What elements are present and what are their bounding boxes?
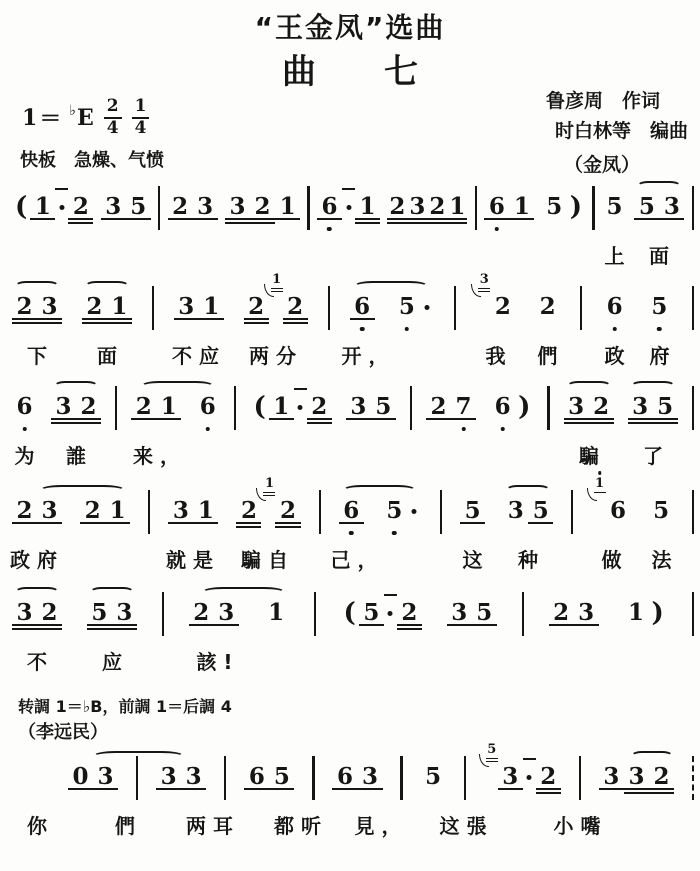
barline xyxy=(692,386,694,430)
note: 3 xyxy=(503,496,528,526)
lyric: 下 xyxy=(27,340,47,369)
lyrics-row: 不应該! xyxy=(12,646,694,674)
close-paren: ) xyxy=(515,392,533,422)
note: 1 xyxy=(275,192,300,222)
score-line-2: 2321312216523265下面不应两分开，我們政府 xyxy=(12,278,694,374)
slur xyxy=(93,751,184,761)
note-group: 21 xyxy=(82,292,132,322)
tempo-marking: 快板 急燥、气愤 xyxy=(20,146,164,172)
note: 2 xyxy=(535,292,560,322)
meter-bottom: 4 xyxy=(132,119,150,138)
note: 2 xyxy=(387,192,407,222)
lyric: 不应 xyxy=(172,340,226,369)
note: 2 xyxy=(397,598,422,628)
note: 2 xyxy=(236,496,261,526)
note: 5 xyxy=(653,392,678,422)
equals-sign: ＝ xyxy=(39,102,61,133)
key-signature: 1 ＝ ♭ E 2 4 1 4 xyxy=(22,98,149,138)
barline xyxy=(580,286,582,330)
slur xyxy=(85,281,129,291)
note: 23 xyxy=(490,292,515,322)
dot-glyph xyxy=(346,205,351,210)
note: 3 xyxy=(12,598,37,628)
note: 5 xyxy=(87,598,112,628)
barline xyxy=(571,490,573,534)
lyrics-row: 为誰来，騙了 xyxy=(12,440,694,468)
octave-dot-low xyxy=(461,427,466,432)
note-group: 221 xyxy=(236,496,300,526)
open-paren: ( xyxy=(12,192,30,222)
note-group: 221 xyxy=(244,292,308,322)
note: 2 xyxy=(244,292,269,322)
grace-slur xyxy=(587,488,597,501)
lyrics-row: 上面 xyxy=(12,240,694,268)
note-group: 5 xyxy=(394,292,434,322)
modulation-note: 转調 1＝♭B，前調 1＝后調 4 xyxy=(18,694,232,717)
lyric: 小嘴 xyxy=(554,810,608,839)
note-group: 6) xyxy=(490,392,533,422)
note: 6 xyxy=(12,392,37,422)
note: 5 xyxy=(359,598,384,628)
note: 1 xyxy=(355,192,380,222)
note: 2 xyxy=(131,392,156,422)
note-group: 1) xyxy=(624,598,667,628)
role-label-liyuanmin: （李远民） xyxy=(18,718,108,744)
note: 2 xyxy=(649,762,674,792)
grace-note: 3 xyxy=(477,273,491,286)
note: 5 xyxy=(647,292,672,322)
lyric: 政府 xyxy=(10,544,64,573)
note-group: 35 xyxy=(503,496,553,526)
octave-dot-low xyxy=(22,427,27,432)
note-group: 23 xyxy=(12,292,62,322)
slur xyxy=(90,587,134,597)
lyric: 我 xyxy=(486,340,506,369)
lyric: 們 xyxy=(115,810,135,839)
notes-row: 2321312216523265 xyxy=(12,292,694,326)
note: 6 xyxy=(350,292,375,322)
note: 1 xyxy=(193,496,218,526)
octave-dot-low xyxy=(327,227,332,232)
octave-dot-low xyxy=(206,427,211,432)
barline xyxy=(692,756,694,800)
note-group: 61 xyxy=(484,192,534,222)
barline xyxy=(152,286,154,330)
note-group: 6 xyxy=(12,392,37,422)
note: 5 xyxy=(634,192,659,222)
note: 3 xyxy=(225,192,250,222)
lyric: 就是 xyxy=(166,544,220,573)
lyric: 騙自 xyxy=(241,544,295,573)
lyric: 做 xyxy=(602,544,622,573)
note-group: 321 xyxy=(225,192,300,222)
note-group: 61 xyxy=(592,496,631,526)
lyric: 面 xyxy=(97,340,117,369)
grace-slur xyxy=(479,754,489,767)
note-group: 61 xyxy=(317,192,380,222)
note: 3 xyxy=(168,496,193,526)
note-group: 31 xyxy=(168,496,218,526)
barline xyxy=(692,186,694,230)
barline xyxy=(314,592,316,636)
note: 5 xyxy=(528,496,553,526)
note: 1 xyxy=(30,192,55,222)
note-group: 5) xyxy=(542,192,585,222)
note: 61 xyxy=(606,496,631,526)
barline xyxy=(400,756,402,800)
lyrics-row: 政府就是騙自己，这种做法 xyxy=(12,544,694,572)
note: 7 xyxy=(451,392,476,422)
grace-note: 1 xyxy=(270,273,284,286)
notes-row: 23213122165535615 xyxy=(12,496,694,530)
note: 3 xyxy=(659,192,684,222)
lyric: 来， xyxy=(133,440,187,469)
note: 6 xyxy=(602,292,627,322)
barline xyxy=(410,386,412,430)
note-group: 6 xyxy=(195,392,220,422)
note: 1 xyxy=(624,598,649,628)
score-page: “王金凤”选曲 曲 七 1 ＝ ♭ E 2 4 1 4 鲁彦周 作词 时白林等 … xyxy=(0,0,700,871)
dot-glyph xyxy=(59,205,64,210)
note: 2 xyxy=(76,392,101,422)
note: 3 xyxy=(357,762,382,792)
note: 3 xyxy=(112,598,137,628)
note-group: 53 xyxy=(87,598,137,628)
note-group: 35 xyxy=(628,392,678,422)
score-line-4: 23213122165535615政府就是騙自己，这种做法 xyxy=(12,482,694,578)
note-group: 1 xyxy=(264,598,289,628)
note: 2 xyxy=(12,496,37,526)
lyric: 誰 xyxy=(66,440,86,469)
note-group: 32 xyxy=(564,392,614,422)
note: 1 xyxy=(105,496,130,526)
note: 2 xyxy=(426,392,451,422)
notes-row: (123523321612321615)553 xyxy=(12,192,694,226)
page-title: “王金凤”选曲 xyxy=(0,6,700,46)
note: 5 xyxy=(126,192,151,222)
lyric: 种 xyxy=(518,544,538,573)
note: 1 xyxy=(264,598,289,628)
lyric: 上 xyxy=(605,240,625,269)
note: 0 xyxy=(68,762,93,792)
note-group: (12 xyxy=(250,392,331,422)
note: 1 xyxy=(199,292,224,322)
note: 21 xyxy=(275,496,300,526)
note: 3 xyxy=(181,762,206,792)
barline xyxy=(464,756,466,800)
note-group: 352 xyxy=(484,762,561,792)
note-group: (12 xyxy=(12,192,93,222)
barline xyxy=(234,386,236,430)
slur xyxy=(15,281,59,291)
note: 35 xyxy=(498,762,523,792)
barline xyxy=(136,756,138,800)
score-line-1: (123523321612321615)553上面 xyxy=(12,178,694,274)
barline xyxy=(692,592,694,636)
barline xyxy=(148,490,150,534)
grace-note: 1 xyxy=(262,477,276,490)
note: 2 xyxy=(37,598,62,628)
note: 2 xyxy=(536,762,561,792)
note-group: 6 xyxy=(602,292,627,322)
note: 6 xyxy=(317,192,342,222)
note-group: 2321 xyxy=(387,192,467,222)
meter-2-4: 2 4 xyxy=(104,98,122,138)
dot-glyph xyxy=(298,405,303,410)
barline xyxy=(162,592,164,636)
note: 2 xyxy=(307,392,332,422)
note: 3 xyxy=(156,762,181,792)
note: 2 xyxy=(427,192,447,222)
note: 5 xyxy=(382,496,407,526)
note-group: (52 xyxy=(341,598,422,628)
dot-glyph xyxy=(412,509,417,514)
lyric: 己， xyxy=(331,544,385,573)
meter-bottom: 4 xyxy=(104,119,122,138)
note: 2 xyxy=(68,192,93,222)
note-group: 63 xyxy=(332,762,382,792)
note: 3 xyxy=(51,392,76,422)
note: 2 xyxy=(589,392,614,422)
barline xyxy=(224,756,226,800)
note-group: 23 xyxy=(12,496,62,526)
lyric: 騙 xyxy=(579,440,599,469)
close-paren: ) xyxy=(567,192,585,222)
note: 6 xyxy=(490,392,515,422)
octave-dot-high xyxy=(598,471,602,475)
note: 6 xyxy=(339,496,364,526)
lyric: 法 xyxy=(652,544,672,573)
note-group: 5 xyxy=(602,192,627,222)
slur xyxy=(202,587,286,597)
note: 3 xyxy=(93,762,118,792)
lyric: 不 xyxy=(27,646,47,675)
note-group: 35 xyxy=(101,192,151,222)
dot-glyph xyxy=(527,775,532,780)
note-group: 32 xyxy=(51,392,101,422)
lyric: 这張 xyxy=(440,810,494,839)
slur xyxy=(343,485,416,495)
lyric: 面 xyxy=(649,240,669,269)
barline xyxy=(454,286,456,330)
note-group: 23 xyxy=(549,598,599,628)
score-line-6: 033365635352332你們两耳都听見，这張小嘴 xyxy=(12,748,694,844)
slur xyxy=(567,381,611,391)
barline xyxy=(307,186,309,230)
octave-dot-low xyxy=(657,327,662,332)
note-group: 2 xyxy=(535,292,560,322)
notes-row: 033365635352332 xyxy=(68,762,694,796)
open-paren: ( xyxy=(250,392,268,422)
note-group: 21 xyxy=(131,392,181,422)
note: 3 xyxy=(628,392,653,422)
octave-dot-low xyxy=(392,531,397,536)
lyric: 都听 xyxy=(274,810,328,839)
slur xyxy=(631,381,675,391)
barline xyxy=(440,490,442,534)
close-paren: ) xyxy=(649,598,667,628)
octave-dot-low xyxy=(495,227,500,232)
grace-note: 1 xyxy=(593,477,607,490)
lyric: 这 xyxy=(463,544,483,573)
note: 3 xyxy=(174,292,199,322)
note-group: 21 xyxy=(80,496,130,526)
note-group: 5 xyxy=(460,496,485,526)
note: 6 xyxy=(195,392,220,422)
note: 21 xyxy=(283,292,308,322)
slur xyxy=(15,587,59,597)
note-group: 5 xyxy=(421,762,446,792)
octave-dot-low xyxy=(612,327,617,332)
barline xyxy=(692,286,694,330)
barline xyxy=(312,756,314,800)
composer-credit: 时白林等 编曲 xyxy=(546,116,688,146)
note: 6 xyxy=(484,192,509,222)
note: 6 xyxy=(332,762,357,792)
lyric: 府 xyxy=(650,340,670,369)
barline xyxy=(692,490,694,534)
note-group: 35 xyxy=(346,392,396,422)
note: 5 xyxy=(394,292,419,322)
barline xyxy=(475,186,477,230)
barline xyxy=(328,286,330,330)
lyrics-row: 下面不应两分开，我們政府 xyxy=(12,340,694,368)
note: 5 xyxy=(649,496,674,526)
note-group: 23 xyxy=(189,598,239,628)
note-group: 23 xyxy=(476,292,515,322)
note: 5 xyxy=(371,392,396,422)
lyric: 两耳 xyxy=(186,810,240,839)
barline xyxy=(547,386,549,430)
note: 3 xyxy=(407,192,427,222)
note: 3 xyxy=(346,392,371,422)
note: 5 xyxy=(269,762,294,792)
note-group: 6 xyxy=(339,496,364,526)
lyric: 为 xyxy=(15,440,35,469)
grace-note: 5 xyxy=(485,743,499,756)
barline xyxy=(158,186,160,230)
note: 3 xyxy=(447,598,472,628)
note: 1 xyxy=(107,292,132,322)
note: 2 xyxy=(250,192,275,222)
note: 1 xyxy=(156,392,181,422)
lyric: 們 xyxy=(538,340,558,369)
note: 2 xyxy=(189,598,214,628)
octave-dot-low xyxy=(349,531,354,536)
grace-slur xyxy=(471,284,481,297)
note: 3 xyxy=(624,762,649,792)
note: 3 xyxy=(193,192,218,222)
meter-top: 2 xyxy=(104,98,122,119)
barline xyxy=(522,592,524,636)
note: 1 xyxy=(269,392,294,422)
slur xyxy=(354,281,428,291)
note: 3 xyxy=(37,496,62,526)
credits: 鲁彦周 作词 时白林等 编曲 xyxy=(546,86,688,146)
slur xyxy=(40,485,126,495)
note-group: 5 xyxy=(647,292,672,322)
barline xyxy=(592,186,594,230)
note: 2 xyxy=(12,292,37,322)
meter-1-4: 1 4 xyxy=(132,98,150,138)
dot-glyph xyxy=(388,611,393,616)
notes-row: 632216(1235276)3235 xyxy=(12,392,694,426)
note-group: 32 xyxy=(12,598,62,628)
open-paren: ( xyxy=(341,598,359,628)
key-tonic: 1 xyxy=(22,105,37,131)
lyric: 該! xyxy=(196,646,239,675)
meter-top: 1 xyxy=(132,98,150,119)
note: 6 xyxy=(244,762,269,792)
note: 5 xyxy=(542,192,567,222)
lyric: 見， xyxy=(355,810,409,839)
note: 3 xyxy=(214,598,239,628)
note-group: 27 xyxy=(426,392,476,422)
notes-row: 3253231(5235231) xyxy=(12,598,694,632)
note-group: 23 xyxy=(168,192,218,222)
note: 5 xyxy=(602,192,627,222)
role-label-jinfeng: （金凤） xyxy=(564,150,640,177)
note-group: 5 xyxy=(382,496,422,526)
key-letter: E xyxy=(77,105,94,131)
octave-dot-low xyxy=(500,427,505,432)
note-group: 33 xyxy=(156,762,206,792)
lyric: 政 xyxy=(605,340,625,369)
note: 2 xyxy=(168,192,193,222)
barline xyxy=(115,386,117,430)
lyricist-credit: 鲁彦周 作词 xyxy=(546,86,688,116)
slur xyxy=(54,381,98,391)
barline xyxy=(319,490,321,534)
note-group: 31 xyxy=(174,292,224,322)
note: 5 xyxy=(472,598,497,628)
barline xyxy=(579,756,581,800)
note-group: 53 xyxy=(634,192,684,222)
note-group: 6 xyxy=(350,292,375,322)
lyric: 你 xyxy=(27,810,47,839)
note-group: 332 xyxy=(599,762,674,792)
octave-dot-low xyxy=(405,327,410,332)
score-line-3: 632216(1235276)3235为誰来，騙了 xyxy=(12,378,694,474)
note: 3 xyxy=(574,598,599,628)
slur xyxy=(506,485,550,495)
slur xyxy=(141,381,214,391)
note-group: 5 xyxy=(649,496,674,526)
note-group: 65 xyxy=(244,762,294,792)
note: 2 xyxy=(80,496,105,526)
note: 1 xyxy=(447,192,467,222)
flat-icon: ♭ xyxy=(69,103,76,119)
note: 5 xyxy=(460,496,485,526)
note: 3 xyxy=(37,292,62,322)
dot-glyph xyxy=(424,305,429,310)
slur xyxy=(631,751,673,761)
lyric: 了 xyxy=(643,440,663,469)
note: 5 xyxy=(421,762,446,792)
lyric: 两分 xyxy=(249,340,303,369)
note: 3 xyxy=(599,762,624,792)
note-group: 03 xyxy=(68,762,118,792)
note: 3 xyxy=(101,192,126,222)
note: 3 xyxy=(564,392,589,422)
lyric: 应 xyxy=(102,646,122,675)
lyric: 开， xyxy=(342,340,396,369)
score-line-5: 3253231(5235231)不应該! xyxy=(12,584,694,680)
note: 2 xyxy=(82,292,107,322)
note: 1 xyxy=(509,192,534,222)
note: 2 xyxy=(549,598,574,628)
slur xyxy=(637,181,681,191)
